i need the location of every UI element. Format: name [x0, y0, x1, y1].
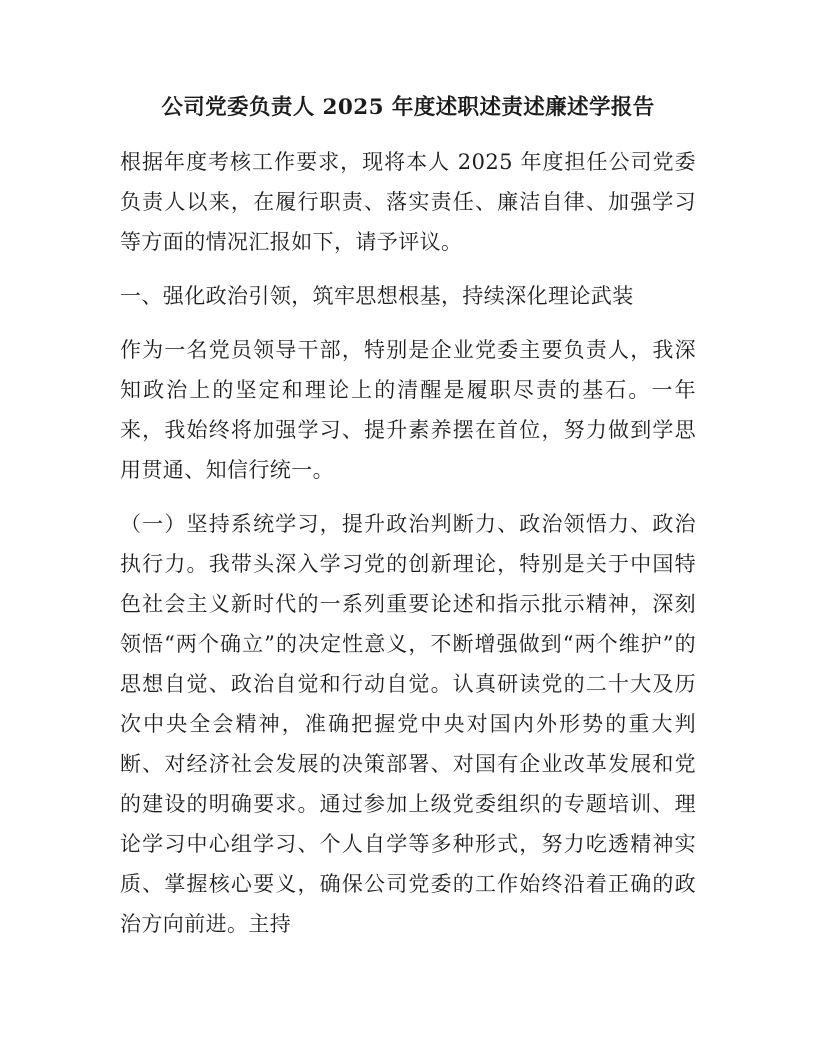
document-title: 公司党委负责人 2025 年度述职述责述廉述学报告	[120, 88, 696, 128]
document-page: 公司党委负责人 2025 年度述职述责述廉述学报告 根据年度考核工作要求，现将本…	[0, 0, 816, 1056]
paragraph-section-1-overview: 作为一名党员领导干部，特别是企业党委主要负责人，我深知政治上的坚定和理论上的清醒…	[120, 330, 696, 490]
paragraph-intro: 根据年度考核工作要求，现将本人 2025 年度担任公司党委负责人以来，在履行职责…	[120, 142, 696, 262]
paragraph-section-1-1: （一）坚持系统学习，提升政治判断力、政治领悟力、政治执行力。我带头深入学习党的创…	[120, 504, 696, 944]
section-heading-1: 一、强化政治引领，筑牢思想根基，持续深化理论武装	[120, 276, 696, 316]
